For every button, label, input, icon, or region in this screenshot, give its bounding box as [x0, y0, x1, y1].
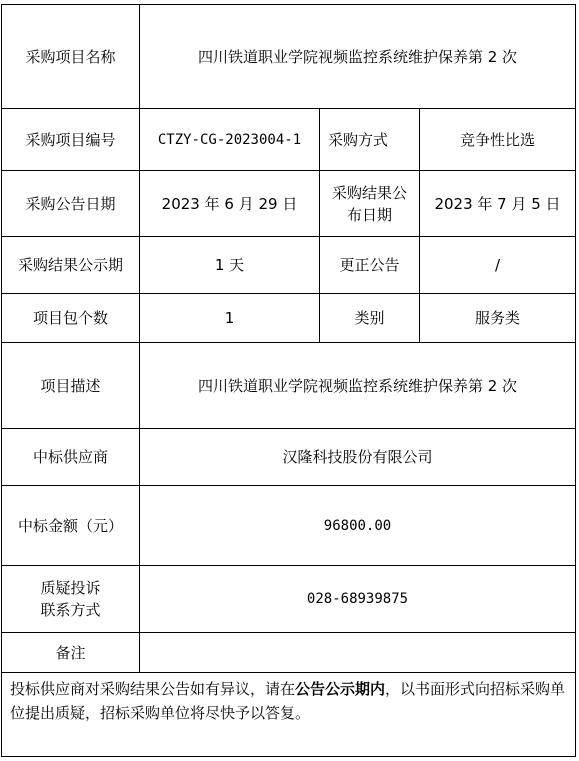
notice-text: 投标供应商对采购结果公告如有异议，请在公告公示期内，以书面形式向招标采购单位提出… [2, 673, 576, 757]
label-description: 项目描述 [2, 343, 140, 429]
label-project-name: 采购项目名称 [2, 5, 140, 109]
row-amount: 中标金额（元） 96800.00 [2, 486, 576, 566]
label-supplier: 中标供应商 [2, 429, 140, 486]
label-line: 质疑投诉 [4, 577, 137, 599]
value-supplier: 汉隆科技股份有限公司 [140, 429, 576, 486]
value-description: 四川铁道职业学院视频监控系统维护保养第 2 次 [140, 343, 576, 429]
value-announce-date: 2023 年 6 月 29 日 [140, 171, 320, 237]
value-result-publish-date: 2023 年 7 月 5 日 [420, 171, 576, 237]
value-result-period: 1 天 [140, 237, 320, 294]
value-correction-notice: / [420, 237, 576, 294]
value-procurement-method: 竞争性比选 [420, 109, 576, 171]
value-amount: 96800.00 [140, 486, 576, 566]
label-project-no: 采购项目编号 [2, 109, 140, 171]
value-package-count: 1 [140, 294, 320, 343]
row-description: 项目描述 四川铁道职业学院视频监控系统维护保养第 2 次 [2, 343, 576, 429]
row-supplier: 中标供应商 汉隆科技股份有限公司 [2, 429, 576, 486]
label-package-count: 项目包个数 [2, 294, 140, 343]
label-announce-date: 采购公告日期 [2, 171, 140, 237]
label-remarks: 备注 [2, 633, 140, 673]
value-category: 服务类 [420, 294, 576, 343]
procurement-result-table: 采购项目名称 四川铁道职业学院视频监控系统维护保养第 2 次 采购项目编号 CT… [1, 4, 576, 757]
row-remarks: 备注 [2, 633, 576, 673]
label-result-publish-date: 采购结果公 布日期 [320, 171, 420, 237]
label-amount: 中标金额（元） [2, 486, 140, 566]
row-contact: 质疑投诉 联系方式 028-68939875 [2, 566, 576, 633]
value-remarks [140, 633, 576, 673]
row-project-name: 采购项目名称 四川铁道职业学院视频监控系统维护保养第 2 次 [2, 5, 576, 109]
label-procurement-method: 采购方式 [320, 109, 420, 171]
notice-part1: 投标供应商对采购结果公告如有异议，请在 [10, 680, 295, 698]
label-line: 采购结果公 [322, 182, 417, 204]
value-project-name: 四川铁道职业学院视频监控系统维护保养第 2 次 [140, 5, 576, 109]
label-line: 联系方式 [4, 599, 137, 621]
row-result-period: 采购结果公示期 1 天 更正公告 / [2, 237, 576, 294]
label-contact: 质疑投诉 联系方式 [2, 566, 140, 633]
row-project-no: 采购项目编号 CTZY-CG-2023004-1 采购方式 竞争性比选 [2, 109, 576, 171]
label-category: 类别 [320, 294, 420, 343]
value-contact: 028-68939875 [140, 566, 576, 633]
value-project-no: CTZY-CG-2023004-1 [140, 109, 320, 171]
row-package-count: 项目包个数 1 类别 服务类 [2, 294, 576, 343]
label-result-period: 采购结果公示期 [2, 237, 140, 294]
notice-bold: 公告公示期内 [295, 680, 385, 698]
row-announce-date: 采购公告日期 2023 年 6 月 29 日 采购结果公 布日期 2023 年 … [2, 171, 576, 237]
row-notice: 投标供应商对采购结果公告如有异议，请在公告公示期内，以书面形式向招标采购单位提出… [2, 673, 576, 757]
label-correction-notice: 更正公告 [320, 237, 420, 294]
label-line: 布日期 [322, 204, 417, 226]
